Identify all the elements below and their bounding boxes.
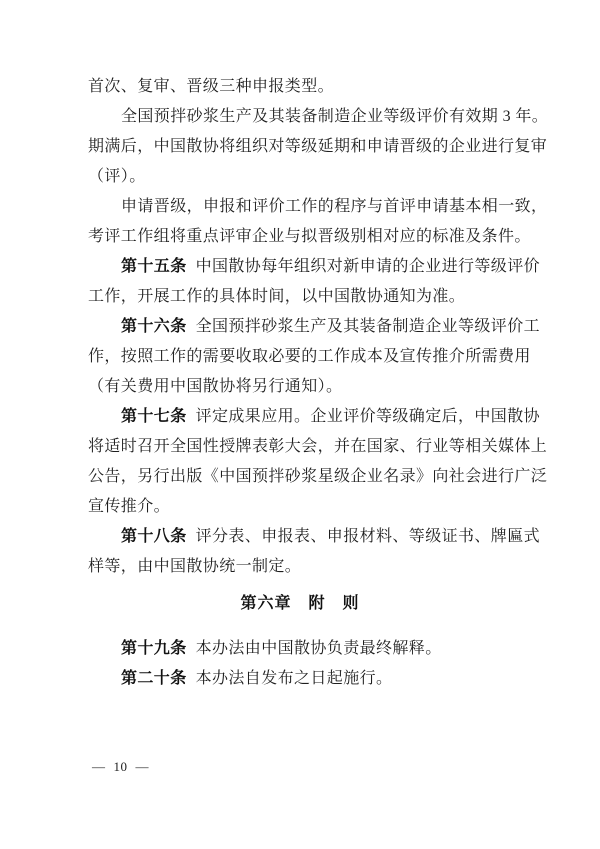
line-text: 第六章 附 则: [240, 595, 359, 612]
text-line: 宣传推介。: [88, 492, 512, 522]
text-line: 工作，开展工作的具体时间，以中国散协通知为准。: [88, 282, 512, 312]
text-line: （有关费用中国散协将另行通知）。: [88, 372, 512, 402]
line-text: 首次、复审、晋级三种申报类型。: [88, 78, 334, 95]
line-lead: 第十七条: [121, 408, 187, 425]
line-text: 公告，另行出版《中国预拌砂浆星级企业名录》向社会进行广泛: [88, 468, 547, 485]
line-lead: 第十八条: [121, 528, 187, 545]
line-text: 期满后，中国散协将组织对等级延期和申请晋级的企业进行复审: [88, 138, 547, 155]
page-footer: —10—: [88, 759, 153, 775]
line-text: 作，按照工作的需要收取必要的工作成本及宣传推介所需费用: [88, 348, 531, 365]
line-text: 工作，开展工作的具体时间，以中国散协通知为准。: [88, 288, 465, 305]
line-text: 本办法由中国散协负责最终解释。: [196, 640, 442, 657]
line-text: （有关费用中国散协将另行通知）。: [88, 378, 342, 395]
line-text: 考评工作组将重点评审企业与拟晋级别相对应的标准及条件。: [88, 228, 531, 245]
line-text: 中国散协每年组织对新申请的企业进行等级评价: [196, 258, 540, 275]
document-page: 首次、复审、晋级三种申报类型。全国预拌砂浆生产及其装备制造企业等级评价有效期 3…: [0, 0, 600, 849]
chapter-heading: 第六章 附 则: [88, 589, 512, 619]
page-number: 10: [114, 759, 128, 774]
text-line: 第十六条全国预拌砂浆生产及其装备制造企业等级评价工: [88, 312, 512, 342]
line-text: 全国预拌砂浆生产及其装备制造企业等级评价有效期 3 年。: [121, 108, 548, 125]
line-lead: 第十九条: [121, 640, 187, 657]
line-text: 评分表、申报表、申报材料、等级证书、牌匾式: [196, 528, 540, 545]
line-text: 样等，由中国散协统一制定。: [88, 558, 301, 575]
text-line: 第十七条评定成果应用。企业评价等级确定后，中国散协: [88, 402, 512, 432]
text-line: 第十九条本办法由中国散协负责最终解释。: [88, 634, 512, 664]
text-line: 将适时召开全国性授牌表彰大会，并在国家、行业等相关媒体上: [88, 432, 512, 462]
line-lead: 第十六条: [121, 318, 187, 335]
line-text: 宣传推介。: [88, 498, 170, 515]
line-text: 本办法自发布之日起施行。: [196, 670, 393, 687]
document-body: 首次、复审、晋级三种申报类型。全国预拌砂浆生产及其装备制造企业等级评价有效期 3…: [88, 72, 512, 694]
text-line: 申请晋级，申报和评价工作的程序与首评申请基本相一致，: [88, 192, 512, 222]
line-text: 申请晋级，申报和评价工作的程序与首评申请基本相一致，: [121, 198, 547, 215]
text-line: 考评工作组将重点评审企业与拟晋级别相对应的标准及条件。: [88, 222, 512, 252]
line-text: （评）。: [88, 168, 146, 185]
text-line: 第二十条本办法自发布之日起施行。: [88, 664, 512, 694]
text-line: 第十五条中国散协每年组织对新申请的企业进行等级评价: [88, 252, 512, 282]
text-line: 公告，另行出版《中国预拌砂浆星级企业名录》向社会进行广泛: [88, 462, 512, 492]
line-lead: 第十五条: [121, 258, 187, 275]
line-text: 评定成果应用。企业评价等级确定后，中国散协: [196, 408, 540, 425]
text-line: 样等，由中国散协统一制定。: [88, 552, 512, 582]
text-line: 第十八条评分表、申报表、申报材料、等级证书、牌匾式: [88, 522, 512, 552]
footer-dash-left: —: [92, 759, 106, 774]
text-line: 期满后，中国散协将组织对等级延期和申请晋级的企业进行复审: [88, 132, 512, 162]
text-line: 首次、复审、晋级三种申报类型。: [88, 72, 512, 102]
line-text: 将适时召开全国性授牌表彰大会，并在国家、行业等相关媒体上: [88, 438, 547, 455]
line-text: 全国预拌砂浆生产及其装备制造企业等级评价工: [196, 318, 540, 335]
footer-dash-right: —: [136, 759, 150, 774]
line-lead: 第二十条: [121, 670, 187, 687]
text-line: （评）。: [88, 162, 512, 192]
text-line: 全国预拌砂浆生产及其装备制造企业等级评价有效期 3 年。: [88, 102, 512, 132]
text-line: 作，按照工作的需要收取必要的工作成本及宣传推介所需费用: [88, 342, 512, 372]
